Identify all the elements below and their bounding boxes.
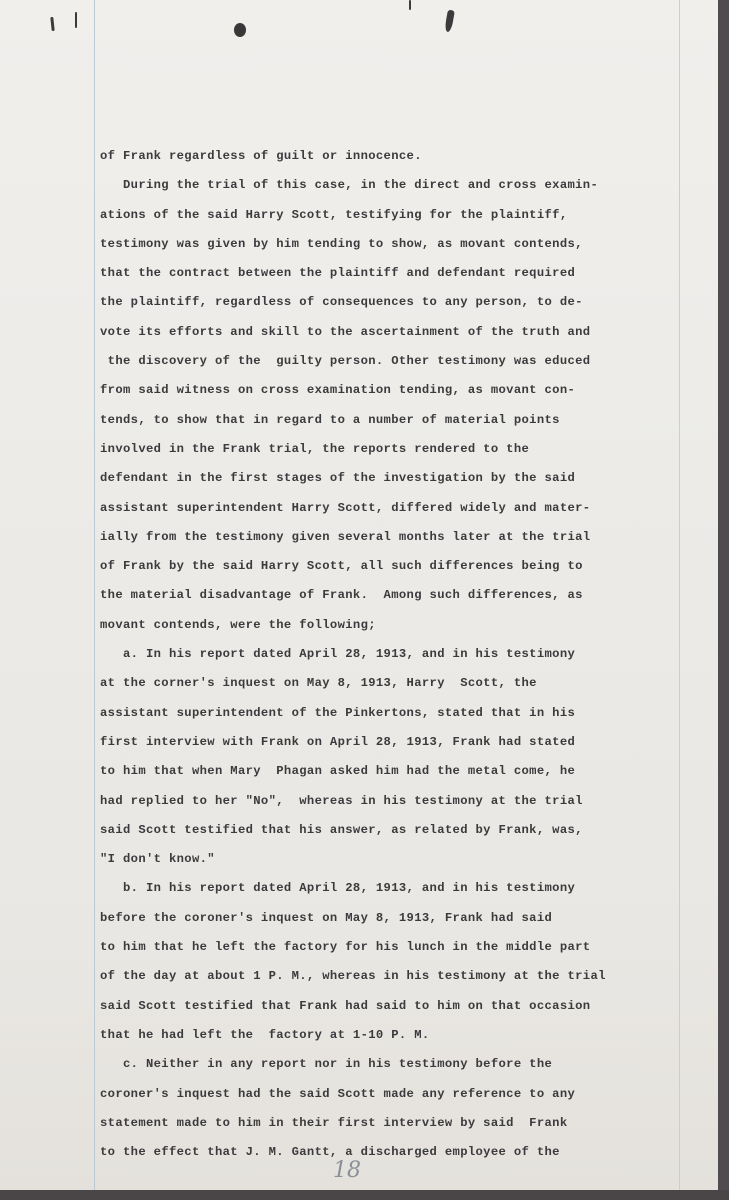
text-line: coroner's inquest had the said Scott mad… [100,1080,680,1109]
text-line: c. Neither in any report nor in his test… [100,1050,680,1079]
text-line: b. In his report dated April 28, 1913, a… [100,874,680,903]
staple-tear-mark [409,0,411,10]
text-line: testimony was given by him tending to sh… [100,230,680,259]
text-line: to him that he left the factory for his … [100,933,680,962]
text-line: "I don't know." [100,845,680,874]
staple-tear-mark [75,12,77,28]
scan-background-bottom [0,1190,729,1200]
text-line: involved in the Frank trial, the reports… [100,435,680,464]
text-line: the plaintiff, regardless of consequence… [100,288,680,317]
text-line: assistant superintendent of the Pinkerto… [100,699,680,728]
text-line: the material disadvantage of Frank. Amon… [100,581,680,610]
text-line: statement made to him in their first int… [100,1109,680,1138]
text-line: at the corner's inquest on May 8, 1913, … [100,669,680,698]
text-line: vote its efforts and skill to the ascert… [100,318,680,347]
text-line: that he had left the factory at 1-10 P. … [100,1021,680,1050]
text-line: assistant superintendent Harry Scott, di… [100,494,680,523]
text-line: that the contract between the plaintiff … [100,259,680,288]
scan-background-right [718,0,729,1200]
text-line: of the day at about 1 P. M., whereas in … [100,962,680,991]
text-line: ations of the said Harry Scott, testifyi… [100,201,680,230]
text-line: ially from the testimony given several m… [100,523,680,552]
staple-tear-mark [50,17,54,31]
text-line: defendant in the first stages of the inv… [100,464,680,493]
staple-tear-mark [444,10,455,33]
text-line: to the effect that J. M. Gantt, a discha… [100,1138,680,1167]
left-margin-rule [94,0,95,1190]
text-line: had replied to her "No", whereas in his … [100,787,680,816]
text-line: of Frank regardless of guilt or innocenc… [100,142,680,171]
text-line: of Frank by the said Harry Scott, all su… [100,552,680,581]
text-line: to him that when Mary Phagan asked him h… [100,757,680,786]
text-line: before the coroner's inquest on May 8, 1… [100,904,680,933]
punch-hole-mark [234,23,246,37]
text-line: During the trial of this case, in the di… [100,171,680,200]
text-line: the discovery of the guilty person. Othe… [100,347,680,376]
text-line: a. In his report dated April 28, 1913, a… [100,640,680,669]
text-line: movant contends, were the following; [100,611,680,640]
document-page: of Frank regardless of guilt or innocenc… [0,0,718,1190]
handwritten-page-number: 18 [333,1158,361,1183]
text-line: first interview with Frank on April 28, … [100,728,680,757]
text-line: tends, to show that in regard to a numbe… [100,406,680,435]
text-line: from said witness on cross examination t… [100,376,680,405]
typewritten-body: of Frank regardless of guilt or innocenc… [100,142,680,1167]
text-line: said Scott testified that his answer, as… [100,816,680,845]
text-line: said Scott testified that Frank had said… [100,992,680,1021]
